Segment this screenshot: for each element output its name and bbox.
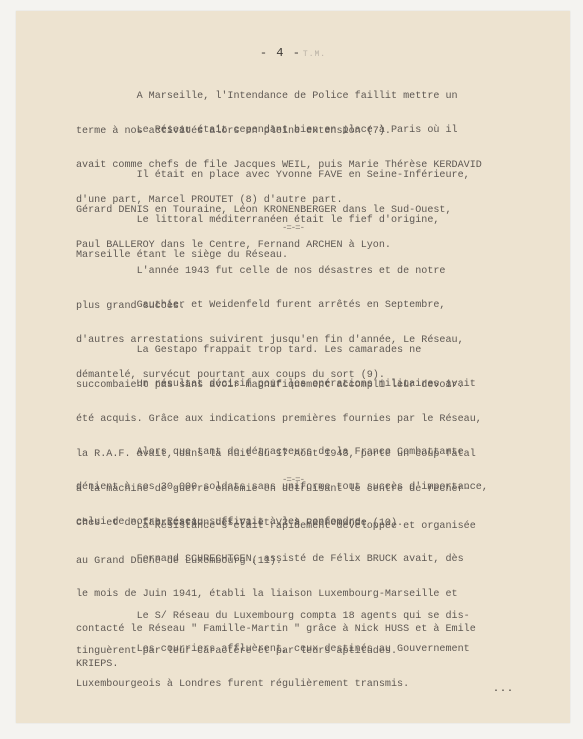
text-line: Fernand SCHRECHTGEN, assisté de Félix BR… (76, 554, 536, 566)
text-line: Gauthier et Weidenfeld furent arrêtés en… (76, 300, 536, 312)
text-line: Alors que tant de détracteurs de la Fran… (76, 447, 536, 459)
text-line: Luxembourgeois à Londres furent régulièr… (76, 679, 536, 691)
page-number-text: - 4 - (260, 46, 301, 60)
page-number: - 4 -T.M. (16, 46, 570, 60)
archive-stamp: T.M. (303, 50, 326, 59)
text-line: Le Réseau était cependant bien en place … (76, 125, 536, 137)
section-separator: -=-=- (16, 475, 570, 485)
document-page: - 4 -T.M. A Marseille, l'Intendance de P… (16, 11, 570, 723)
continuation-marker: ... (493, 684, 514, 695)
text-line: Un résultat décisif pour les opérations … (76, 379, 536, 391)
paragraph-13: Les courriers affluèrent, ceux destinés … (76, 621, 536, 714)
text-line: Les courriers affluèrent, ceux destinés … (76, 644, 536, 656)
text-line: Il était en place avec Yvonne FAVE en Se… (76, 170, 536, 182)
section-separator: -=-=- (16, 223, 570, 233)
